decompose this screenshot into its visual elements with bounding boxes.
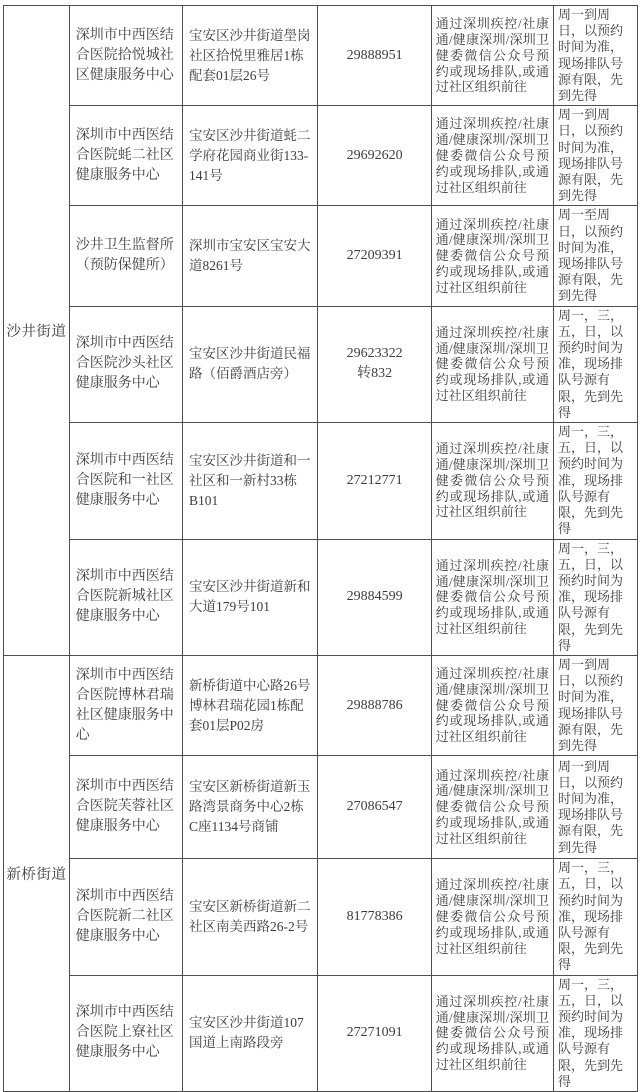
facility-name-cell: 深圳市中西医结合医院和一社区健康服务中心	[69, 423, 182, 539]
schedule-cell: 周一到周日，以预约时间为准，现场排队号源有限，先到先得	[554, 6, 638, 106]
address-cell: 宝安区沙井街道蚝二学府花园商业街133-141号	[182, 106, 317, 206]
facility-name-cell: 沙井卫生监督所（预防保健所）	[69, 206, 182, 306]
address-cell: 深圳市宝安区宝安大道8261号	[182, 206, 317, 306]
schedule-cell: 周一到周日，以预约时间为准，现场排队号源有限，先到先得	[554, 106, 638, 206]
address-cell: 宝安区沙井街道民福路（佰爵酒店旁）	[182, 306, 317, 422]
booking-method-cell: 通过深圳疾控/社康通/健康深圳/深圳卫健委微信公众号预约或现场排队,或通过社区组…	[431, 859, 553, 975]
schedule-cell: 周一，三，五，日，以预约时间为准，现场排队号源有限，先到先得	[554, 306, 638, 422]
table-row: 新桥街道 深圳市中西医结合医院博林君瑞社区健康服务中心 新桥街道中心路26号博林…	[4, 655, 638, 755]
schedule-cell: 周一，三，五，日，以预约时间为准，现场排队号源有限，先到先得	[554, 423, 638, 539]
facility-name-cell: 深圳市中西医结合医院新城社区健康服务中心	[69, 539, 182, 655]
phone-cell: 27209391	[318, 206, 431, 306]
phone-cell: 29888951	[318, 6, 431, 106]
address-cell: 新桥街道中心路26号博林君瑞花园1栋配套01层P02房	[182, 655, 317, 755]
table-row: 沙井卫生监督所（预防保健所） 深圳市宝安区宝安大道8261号 27209391 …	[4, 206, 638, 306]
table-row: 深圳市中西医结合医院沙头社区健康服务中心 宝安区沙井街道民福路（佰爵酒店旁） 2…	[4, 306, 638, 422]
address-cell: 宝安区沙井街道新和大道179号101	[182, 539, 317, 655]
facility-name-cell: 深圳市中西医结合医院蚝二社区健康服务中心	[69, 106, 182, 206]
table-row: 深圳市中西医结合医院新二社区健康服务中心 宝安区新桥街道新二社区南美西路26-2…	[4, 859, 638, 975]
schedule-cell: 周一到周日，以预约时间为准，现场排队号源有限，先到先得	[554, 655, 638, 755]
address-cell: 宝安区新桥街道新二社区南美西路26-2号	[182, 859, 317, 975]
address-cell: 宝安区沙井街道和一社区和一新村33栋B101	[182, 423, 317, 539]
facility-name-cell: 深圳市中西医结合医院上寮社区健康服务中心	[69, 975, 182, 1091]
phone-cell: 27212771	[318, 423, 431, 539]
booking-method-cell: 通过深圳疾控/社康通/健康深圳/深圳卫健委微信公众号预约或现场排队,或通过社区组…	[431, 423, 553, 539]
address-cell: 宝安区沙井街道壆岗社区拾悦里雅居1栋配套01层26号	[182, 6, 317, 106]
booking-method-cell: 通过深圳疾控/社康通/健康深圳/深圳卫健委微信公众号预约或现场排队,或通过社区组…	[431, 655, 553, 755]
phone-cell: 27086547	[318, 756, 431, 859]
booking-method-cell: 通过深圳疾控/社康通/健康深圳/深圳卫健委微信公众号预约或现场排队,或通过社区组…	[431, 6, 553, 106]
schedule-cell: 周一到周日，以预约时间为准，现场排队号源有限，先到先得	[554, 756, 638, 859]
table-row: 深圳市中西医结合医院蚝二社区健康服务中心 宝安区沙井街道蚝二学府花园商业街133…	[4, 106, 638, 206]
booking-method-cell: 通过深圳疾控/社康通/健康深圳/深圳卫健委微信公众号预约或现场排队,或通过社区组…	[431, 306, 553, 422]
table-row: 沙井街道 深圳市中西医结合医院拾悦城社区健康服务中心 宝安区沙井街道壆岗社区拾悦…	[4, 6, 638, 106]
phone-cell: 81778386	[318, 859, 431, 975]
street-cell-xinqiao: 新桥街道	[4, 655, 70, 1091]
facility-name-cell: 深圳市中西医结合医院沙头社区健康服务中心	[69, 306, 182, 422]
schedule-cell: 周一，三，五，日，以预约时间为准，现场排队号源有限，先到先得	[554, 859, 638, 975]
address-cell: 宝安区新桥街道新玉路湾景商务中心2栋C座1134号商铺	[182, 756, 317, 859]
phone-cell: 29692620	[318, 106, 431, 206]
booking-method-cell: 通过深圳疾控/社康通/健康深圳/深圳卫健委微信公众号预约或现场排队,或通过社区组…	[431, 106, 553, 206]
table-row: 深圳市中西医结合医院新城社区健康服务中心 宝安区沙井街道新和大道179号101 …	[4, 539, 638, 655]
table-row: 深圳市中西医结合医院芙蓉社区健康服务中心 宝安区新桥街道新玉路湾景商务中心2栋C…	[4, 756, 638, 859]
street-cell-shajing: 沙井街道	[4, 6, 70, 656]
phone-cell: 27271091	[318, 975, 431, 1091]
schedule-cell: 周一，三，五，日，以预约时间为准，现场排队号源有限，先到先得	[554, 975, 638, 1091]
address-cell: 宝安区沙井街道107国道上南路段旁	[182, 975, 317, 1091]
facility-name-cell: 深圳市中西医结合医院拾悦城社区健康服务中心	[69, 6, 182, 106]
schedule-cell: 周一至周日，以预约时间为准，现场排队号源有限，先到先得	[554, 206, 638, 306]
schedule-cell: 周一，三，五，日，以预约时间为准，现场排队号源有限，先到先得	[554, 539, 638, 655]
phone-cell: 29884599	[318, 539, 431, 655]
facility-name-cell: 深圳市中西医结合医院博林君瑞社区健康服务中心	[69, 655, 182, 755]
facility-name-cell: 深圳市中西医结合医院芙蓉社区健康服务中心	[69, 756, 182, 859]
facility-name-cell: 深圳市中西医结合医院新二社区健康服务中心	[69, 859, 182, 975]
phone-cell: 29623322 转832	[318, 306, 431, 422]
table-row: 深圳市中西医结合医院上寮社区健康服务中心 宝安区沙井街道107国道上南路段旁 2…	[4, 975, 638, 1091]
phone-cell: 29888786	[318, 655, 431, 755]
booking-method-cell: 通过深圳疾控/社康通/健康深圳/深圳卫健委微信公众号预约或现场排队,或通过社区组…	[431, 206, 553, 306]
booking-method-cell: 通过深圳疾控/社康通/健康深圳/深圳卫健委微信公众号预约或现场排队,或通过社区组…	[431, 975, 553, 1091]
booking-method-cell: 通过深圳疾控/社康通/健康深圳/深圳卫健委微信公众号预约或现场排队,或通过社区组…	[431, 756, 553, 859]
table-row: 深圳市中西医结合医院和一社区健康服务中心 宝安区沙井街道和一社区和一新村33栋B…	[4, 423, 638, 539]
booking-method-cell: 通过深圳疾控/社康通/健康深圳/深圳卫健委微信公众号预约或现场排队,或通过社区组…	[431, 539, 553, 655]
